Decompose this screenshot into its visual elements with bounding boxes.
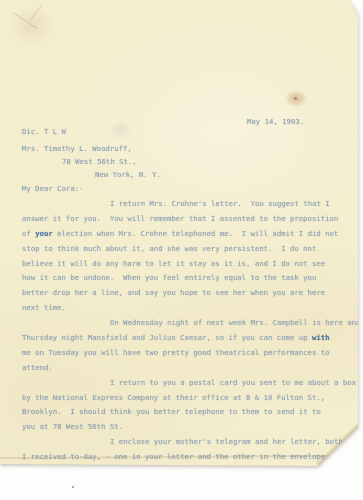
letter-line: I return to you a postal card you sent t… [22, 376, 352, 391]
letter-text-segment: better drop her a line, and say you hope… [22, 288, 325, 297]
letter-line: I return Mrs. Crohne's letter. You sugge… [22, 197, 352, 212]
paper-smudge [108, 120, 134, 140]
letter-line: Brooklyn. I should think you better tele… [22, 405, 352, 420]
letter-line: how it can be undone. When you feel enti… [22, 271, 352, 286]
letter-line: stop to think much about it, and she was… [22, 242, 352, 257]
dictation-note: Dic. T L W [22, 127, 66, 136]
letter-line: answer it for you. You will remember tha… [22, 212, 352, 227]
letter-text-segment: of [22, 229, 35, 238]
salutation: My Dear Cora:- [22, 184, 84, 193]
letter-text-segment: how it can be undone. When you feel enti… [22, 273, 316, 282]
letter-text-segment: Thursday night Mansfield and Julius Caes… [22, 333, 312, 342]
letter-line: by the National Express Company at their… [22, 391, 352, 406]
recipient-name: Mrs. Timothy L. Woodruff, [22, 144, 132, 153]
letter-text-segment: attend. [22, 363, 53, 372]
scan-speck [72, 486, 74, 488]
letter-text-segment: answer it for you. You will remember tha… [22, 214, 338, 223]
letter-text-segment: I return to you a postal card you sent t… [110, 378, 363, 387]
letter-line: next time. [22, 301, 352, 316]
paper-shadow-wrap: May 14, 1903. Dic. T L W Mrs. Timothy L.… [0, 0, 363, 500]
letter-text-segment: election when Mrs. Crohne telephoned me.… [53, 229, 339, 238]
letter-text-segment: Brooklyn. I should think you better tele… [22, 407, 321, 416]
scanned-letter-page: { "colors": { "background": "#fdfdfc", "… [0, 0, 363, 500]
letter-date: May 14, 1903. [247, 117, 304, 126]
letter-text-segment: stop to think much about it, and she was… [22, 244, 316, 253]
letter-text-segment: me on Tuesday you will have two pretty g… [22, 348, 330, 357]
letter-line: Thursday night Mansfield and Julius Caes… [22, 331, 352, 346]
emphasized-word: your [35, 229, 53, 238]
letter-line: better drop her a line, and say you hope… [22, 286, 352, 301]
letter-text-segment: believe it will do any harm to let it st… [22, 259, 325, 268]
letter-text-segment: I return Mrs. Crohne's letter. You sugge… [110, 199, 330, 208]
recipient-city: New York, N. Y. [95, 170, 161, 179]
letter-line: attend. [22, 361, 352, 376]
letter-body: I return Mrs. Crohne's letter. You sugge… [22, 197, 352, 465]
corner-fold-shade [318, 427, 363, 470]
letter-text-segment: next time. [22, 303, 66, 312]
emphasized-word: with [312, 333, 330, 342]
letter-line: of your election when Mrs. Crohne teleph… [22, 227, 352, 242]
letter-line: On Wednesday night of next week Mrs. Cam… [22, 316, 352, 331]
letter-paper: May 14, 1903. Dic. T L W Mrs. Timothy L.… [0, 0, 363, 470]
letter-text-segment: by the National Express Company at their… [22, 393, 325, 402]
foxing-stain-core [294, 97, 297, 100]
recipient-street: 78 West 56th St., [62, 157, 137, 166]
letter-text-segment: you at 78 West 56th St. [22, 422, 123, 431]
letter-line: I enclose your mother's telegram and her… [22, 435, 352, 450]
letter-line: believe it will do any harm to let it st… [22, 257, 352, 272]
letter-line: you at 78 West 56th St. [22, 420, 352, 435]
letter-line: me on Tuesday you will have two pretty g… [22, 346, 352, 361]
letter-text-segment: On Wednesday night of next week Mrs. Cam… [110, 318, 360, 327]
